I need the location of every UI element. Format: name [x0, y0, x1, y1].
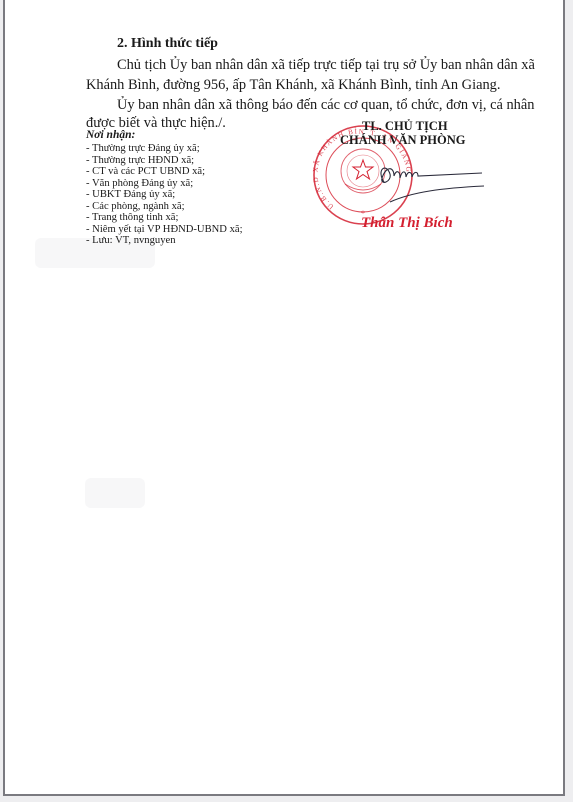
paragraph-text: Chủ tịch Ủy ban nhân dân xã tiếp trực ti… — [117, 57, 535, 74]
recipient-item: - Trang thông tinh xã; — [86, 212, 243, 224]
recipient-item: - Lưu: VT, nvnguyen — [86, 235, 243, 247]
signer-name: Thân Thị Bích — [361, 215, 453, 232]
paragraph-text: Khánh Bình, đường 956, ấp Tân Khánh, xã … — [86, 77, 500, 94]
recipient-item: - UBKT Đảng ủy xã; — [86, 189, 243, 201]
recipient-item: - Văn phòng Đảng ủy xã; — [86, 178, 243, 190]
signature-title-line1: TL. CHỦ TỊCH — [362, 119, 448, 134]
signature-title-line2: CHÁNH VĂN PHÒNG — [340, 133, 465, 148]
recipient-item: - Các phòng, ngành xã; — [86, 201, 243, 213]
section-heading: 2. Hình thức tiếp — [117, 36, 218, 52]
recipients-title: Nơi nhận: — [86, 129, 135, 141]
recipient-item: - Niêm yết tại VP HĐND-UBND xã; — [86, 224, 243, 236]
handwritten-signature-icon — [372, 160, 492, 210]
recipient-item: - Thường trực HĐND xã; — [86, 155, 243, 167]
bleed-through-mark — [85, 478, 145, 508]
recipients-list: - Thường trực Đảng ủy xã; - Thường trực … — [86, 143, 243, 247]
paragraph-text: Ủy ban nhân dân xã thông báo đến các cơ … — [117, 97, 534, 114]
recipient-item: - Thường trực Đảng ủy xã; — [86, 143, 243, 155]
recipient-item: - CT và các PCT UBND xã; — [86, 166, 243, 178]
